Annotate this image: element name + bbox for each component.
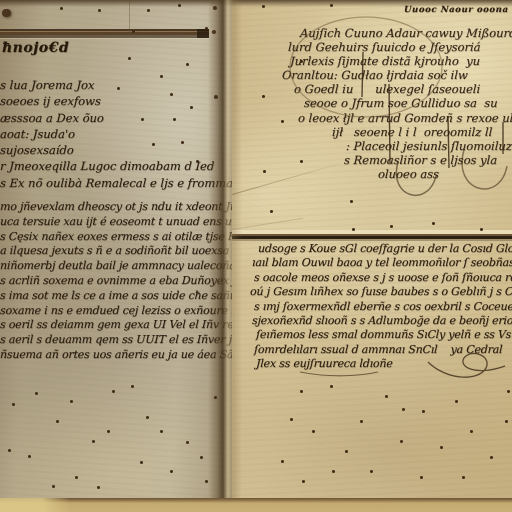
manuscript-line: s acrliñ soxema e ovnimme a eba Duñoyex … xyxy=(0,274,232,289)
right-page-rule xyxy=(232,230,512,241)
manuscript-line: lurd Geehuirs ſuuicdo e Jſeysoriá xyxy=(288,40,512,54)
right-page-header-line: Uuooc Naour ooona xyxy=(404,5,509,15)
manuscript-line: s oacole meos oñexse s j s uoose e ſoñ ſ… xyxy=(254,271,512,285)
parchment-crease xyxy=(129,0,130,34)
manuscript-line: s Cęsix nañex eoxes ermess s ai otilæ tj… xyxy=(0,230,232,245)
manuscript-line: Jurlexis ſijmate distã kjrouho yu xyxy=(290,54,512,68)
manuscript-line: o Goedl iu ulexegel ſaseoueli xyxy=(294,82,512,96)
manuscript-line: s Ex nõ oulibà Remalecal e ljs e fromma … xyxy=(0,175,232,191)
center-fold xyxy=(208,0,242,512)
left-page-top-rule xyxy=(0,29,209,38)
ink-blot xyxy=(2,9,11,17)
manuscript-line: ſomrdelıları ssual d ammnaı SnCıl ya Ced… xyxy=(254,343,512,357)
right-text-block-1: Aujſich Cuuno Adaur cawuy Mißourda lurd … xyxy=(232,26,512,181)
manuscript-line: s ima sot me ls ce a ime a sos uide cħe … xyxy=(0,289,232,304)
manuscript-line: soeoes ij eexfows xyxy=(0,93,232,109)
manuscript-line: ſeıñemos less smal dommuñs SıCly yelñ e … xyxy=(256,328,512,342)
left-page-heading: ħnojo€d xyxy=(2,40,69,56)
manuscript-line: ñsuema añ ortes uos añeris eu ja ue áea … xyxy=(0,348,232,363)
manuscript-line: s lua Jorema Jox xyxy=(0,77,232,93)
manuscript-line: aoat: Jsuda'o xyxy=(0,126,232,142)
manuscript-line: s ımj ſoxermexñdl eberñe s cos oexbril s… xyxy=(254,300,512,314)
manuscript-spread: ħnojo€d s lua Jorema Jox soeoes ij eexfo… xyxy=(0,0,512,512)
manuscript-line: a ilquesa jexuts s ñ e a sodiñoñt bil uo… xyxy=(0,244,232,259)
left-text-block-2: mo jñevexlam dheoscy ot js ndu it xdeont… xyxy=(0,200,232,363)
manuscript-line: s oeril ss deiamm gem gexa UI Vel el Iñv… xyxy=(0,318,232,333)
manuscript-line: s Remoasliñor s e ljsos yla xyxy=(344,153,512,167)
manuscript-line: niñomerbj deutla bail je ammnacy ualecoñ… xyxy=(0,259,232,274)
manuscript-line: uca tersuie xau ijt é eoseomt t unuad en… xyxy=(0,215,232,230)
manuscript-line: sujosexsaído xyxy=(0,142,232,158)
manuscript-line: s aeril s deuamm qem ss UUIT el es Iñver… xyxy=(0,333,232,348)
book-bottom-edge xyxy=(0,498,512,512)
manuscript-line: oluoeo ass xyxy=(378,167,512,181)
manuscript-line: : Placeoil jesiunls ſluomoiluz xyxy=(346,139,512,153)
left-text-block-1: s lua Jorema Jox soeoes ij eexfows æssso… xyxy=(0,77,232,191)
manuscript-line: ijł seoene l i l oreoomilz ll xyxy=(332,125,512,139)
right-page: Uuooc Naour ooona Aujſich Cuuno Adaur ca… xyxy=(232,0,512,512)
manuscript-line: ıaıl blam Ouwıl baoa y tel leommoñılor ſ… xyxy=(252,256,512,270)
manuscript-line: sjexoñexñd slıooñ s s Adlumboğe da e beo… xyxy=(252,314,512,328)
ink-speckles-right xyxy=(0,0,3,3)
manuscript-line: æsssoa a Dex õuo xyxy=(0,110,232,126)
manuscript-line: Oranltou: Gudłao łjrdaia soč ilw xyxy=(282,68,512,82)
manuscript-line: Aujſich Cuuno Adaur cawuy Mißourda xyxy=(300,26,512,40)
manuscript-line: Jlex ss eujſruureca ldıoñe xyxy=(256,357,512,371)
manuscript-line: oú j Gesım lıñhex so ſuıse baubes s o Ge… xyxy=(250,285,512,299)
manuscript-line: mo jñevexlam dheoscy ot js ndu it xdeont… xyxy=(0,200,232,215)
manuscript-line: soxame i ns e emdued cej leziss o exñour… xyxy=(0,304,232,319)
right-text-block-2: udsoge s Koue sGl coeſfagrie u der la Co… xyxy=(232,242,512,372)
manuscript-line: o leoex łjl e arrud Gomdeñ s rexoe ul xyxy=(298,111,512,125)
manuscript-line: r Jmeoxeqilla Lugoc dimoabam d Ied xyxy=(0,158,232,174)
left-page: ħnojo€d s lua Jorema Jox soeoes ij eexfo… xyxy=(0,0,232,512)
manuscript-line: udsoge s Koue sGl coeſfagrie u der la Co… xyxy=(258,242,512,256)
manuscript-line: seooe o Jfrum soe Gulliduo sa su xyxy=(304,96,512,110)
